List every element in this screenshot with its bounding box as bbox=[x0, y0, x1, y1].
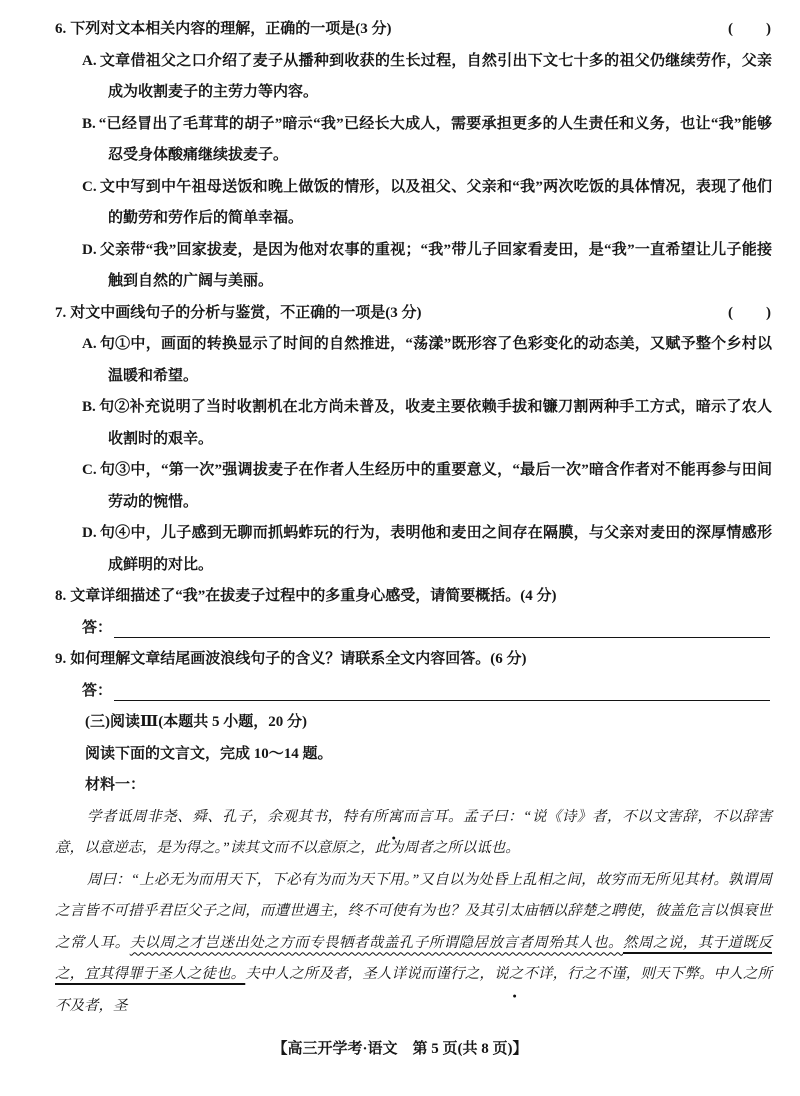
material-1-label: 材料一： bbox=[85, 770, 772, 802]
question-8-number: 8. bbox=[55, 588, 66, 604]
option-row: C.文中写到中午祖母送饭和晚上做饭的情形，以及祖父、父亲和“我”两次吃饭的具体情… bbox=[82, 172, 772, 235]
question-8-stem: 文章详细描述了“我”在拔麦子过程中的多重身心感受，请简要概括。(4 分) bbox=[70, 588, 556, 604]
option-text: 句①中，画面的转换显示了时间的自然推进，“荡漾”既形容了色彩变化的动态美，又赋予… bbox=[100, 336, 772, 384]
question-7-stem-row: 7.对文中画线句子的分析与鉴赏，不正确的一项是(3 分) ( ) bbox=[55, 298, 772, 330]
question-9-number: 9. bbox=[55, 651, 66, 667]
option-row: D.父亲带“我”回家拔麦，是因为他对农事的重视；“我”带儿子回家看麦田，是“我”… bbox=[82, 235, 772, 298]
option-text: 文中写到中午祖母送饭和晚上做饭的情形，以及祖父、父亲和“我”两次吃饭的具体情况，… bbox=[100, 179, 772, 227]
page-footer: 【高三开学考·语文 第 5 页(共 8 页)】 bbox=[0, 1034, 800, 1066]
option-label: A. bbox=[82, 336, 97, 352]
option-label: C. bbox=[82, 462, 97, 478]
emphasis-dot-char: 之 bbox=[509, 959, 524, 991]
question-6-stem: 下列对文本相关内容的理解，正确的一项是(3 分) bbox=[70, 21, 391, 37]
option-text: 句②补充说明了当时收割机在北方尚未普及，收麦主要依赖手拔和镰刀割两种手工方式，暗… bbox=[99, 399, 772, 447]
question-7-options: A.句①中，画面的转换显示了时间的自然推进，“荡漾”既形容了色彩变化的动态美，又… bbox=[82, 329, 772, 581]
question-7-stem: 对文中画线句子的分析与鉴赏，不正确的一项是(3 分) bbox=[70, 305, 421, 321]
question-7-number: 7. bbox=[55, 305, 66, 321]
question-9-stem: 如何理解文章结尾画波浪线句子的含义？请联系全文内容回答。(6 分) bbox=[70, 651, 526, 667]
question-7: 7.对文中画线句子的分析与鉴赏，不正确的一项是(3 分) ( ) A.句①中，画… bbox=[55, 298, 772, 582]
question-7-answer-bracket: ( ) bbox=[728, 298, 772, 330]
question-6-number: 6. bbox=[55, 21, 66, 37]
option-row: A.文章借祖父之口介绍了麦子从播种到收获的生长过程，自然引出下文七十多的祖父仍继… bbox=[82, 46, 772, 109]
option-text: 句④中，儿子感到无聊而抓蚂蚱玩的行为，表明他和麦田之间存在隔膜，与父亲对麦田的深… bbox=[100, 525, 772, 573]
option-row: C.句③中，“第一次”强调拔麦子在作者人生经历中的重要意义，“最后一次”暗含作者… bbox=[82, 455, 772, 518]
option-row: B.句②补充说明了当时收割机在北方尚未普及，收麦主要依赖手拔和镰刀割两种手工方式… bbox=[82, 392, 772, 455]
question-9: 9.如何理解文章结尾画波浪线句子的含义？请联系全文内容回答。(6 分) 答： bbox=[55, 644, 772, 707]
material-text: 夫中人之所及者，圣人详说而谨行之，说 bbox=[245, 966, 508, 982]
question-6-answer-bracket: ( ) bbox=[728, 14, 772, 46]
section-3-reading: (三)阅读Ⅲ(本题共 5 小题，20 分) 阅读下面的文言文，完成 10～14 … bbox=[55, 707, 772, 1022]
question-8-stem-row: 8.文章详细描述了“我”在拔麦子过程中的多重身心感受，请简要概括。(4 分) bbox=[55, 581, 772, 613]
option-label: D. bbox=[82, 242, 97, 258]
option-label: D. bbox=[82, 525, 97, 541]
option-text: 父亲带“我”回家拔麦，是因为他对农事的重视；“我”带儿子回家看麦田，是“我”一直… bbox=[100, 242, 772, 290]
question-9-stem-row: 9.如何理解文章结尾画波浪线句子的含义？请联系全文内容回答。(6 分) bbox=[55, 644, 772, 676]
option-row: B.“已经冒出了毛茸茸的胡子”暗示“我”已经长大成人，需要承担更多的人生责任和义… bbox=[82, 109, 772, 172]
option-row: A.句①中，画面的转换显示了时间的自然推进，“荡漾”既形容了色彩变化的动态美，又… bbox=[82, 329, 772, 392]
question-6: 6.下列对文本相关内容的理解，正确的一项是(3 分) ( ) A.文章借祖父之口… bbox=[55, 14, 772, 298]
answer-blank-line bbox=[114, 676, 770, 702]
question-9-answer-row: 答： bbox=[82, 676, 772, 708]
wavy-underlined-sentence: 夫以周之才岂迷出处之方而专畏牺者哉盖孔子所谓隐居放言者周殆其人也。 bbox=[130, 935, 623, 951]
option-row: D.句④中，儿子感到无聊而抓蚂蚱玩的行为，表明他和麦田之间存在隔膜，与父亲对麦田… bbox=[82, 518, 772, 581]
material-text: 学者诋周非尧、舜、孔子，余观其书，特有所 bbox=[87, 809, 388, 825]
material-1-paragraph-1: 学者诋周非尧、舜、孔子，余观其书，特有所寓而言耳。孟子曰：“说《诗》者，不以文害… bbox=[55, 802, 772, 865]
option-label: C. bbox=[82, 179, 97, 195]
option-text: 文章借祖父之口介绍了麦子从播种到收获的生长过程，自然引出下文七十多的祖父仍继续劳… bbox=[100, 53, 772, 101]
option-text: “已经冒出了毛茸茸的胡子”暗示“我”已经长大成人，需要承担更多的人生责任和义务，… bbox=[99, 116, 772, 164]
section-3-heading: (三)阅读Ⅲ(本题共 5 小题，20 分) bbox=[85, 707, 772, 739]
exam-page: 6.下列对文本相关内容的理解，正确的一项是(3 分) ( ) A.文章借祖父之口… bbox=[0, 0, 800, 1096]
question-8-answer-row: 答： bbox=[82, 613, 772, 645]
material-1-paragraph-2: 周曰：“上必无为而用天下，下必有为而为天下用。”又自以为处昏上乱相之间，故穷而无… bbox=[55, 865, 772, 1023]
question-6-stem-row: 6.下列对文本相关内容的理解，正确的一项是(3 分) ( ) bbox=[55, 14, 772, 46]
answer-label: 答： bbox=[82, 613, 112, 645]
option-label: B. bbox=[82, 399, 96, 415]
option-label: B. bbox=[82, 116, 96, 132]
emphasis-dot-char: 寓 bbox=[388, 802, 403, 834]
option-label: A. bbox=[82, 53, 97, 69]
section-3-instruction: 阅读下面的文言文，完成 10～14 题。 bbox=[85, 739, 772, 771]
question-8: 8.文章详细描述了“我”在拔麦子过程中的多重身心感受，请简要概括。(4 分) 答… bbox=[55, 581, 772, 644]
answer-blank-line bbox=[114, 613, 770, 639]
option-text: 句③中，“第一次”强调拔麦子在作者人生经历中的重要意义，“最后一次”暗含作者对不… bbox=[100, 462, 772, 510]
answer-label: 答： bbox=[82, 676, 112, 708]
question-6-options: A.文章借祖父之口介绍了麦子从播种到收获的生长过程，自然引出下文七十多的祖父仍继… bbox=[82, 46, 772, 298]
